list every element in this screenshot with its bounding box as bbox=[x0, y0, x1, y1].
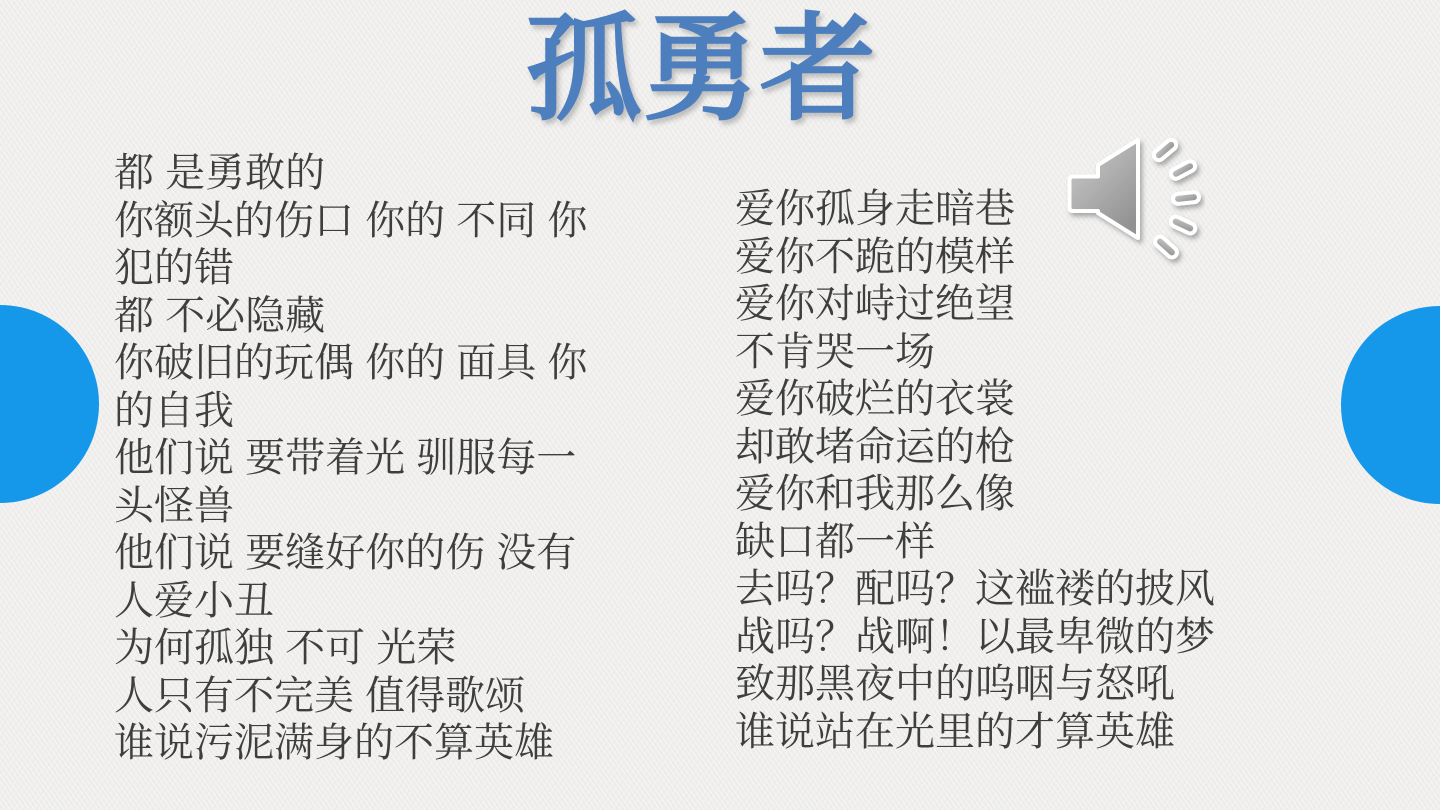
page-title: 孤勇者 bbox=[0, 6, 1402, 132]
lyric-line: 都 是勇敢的 bbox=[114, 150, 587, 198]
lyric-line: 他们说 要缝好你的伤 没有 bbox=[114, 530, 587, 578]
lyric-line: 致那黑夜中的呜咽与怒吼 bbox=[735, 661, 1215, 709]
lyric-line: 为何孤独 不可 光荣 bbox=[114, 625, 587, 673]
lyric-line: 去吗？配吗？这褴褛的披风 bbox=[735, 566, 1215, 614]
sound-dash-4 bbox=[1169, 215, 1197, 235]
lyric-line: 头怪兽 bbox=[114, 483, 587, 531]
lyric-line: 谁说污泥满身的不算英雄 bbox=[114, 720, 587, 768]
lyric-line: 你额头的伤口 你的 不同 你 bbox=[114, 198, 587, 246]
lyric-line: 你破旧的玩偶 你的 面具 你 bbox=[114, 340, 587, 388]
sound-dash-3 bbox=[1173, 192, 1200, 205]
decorative-circle-left bbox=[0, 305, 99, 503]
speaker-icon[interactable] bbox=[1055, 128, 1205, 268]
lyric-line: 他们说 要带着光 驯服每一 bbox=[114, 435, 587, 483]
lyric-line: 人只有不完美 值得歌颂 bbox=[114, 673, 587, 721]
lyrics-column-right: 爱你孤身走暗巷爱你不跪的模样爱你对峙过绝望不肯哭一场爱你破烂的衣裳却敢堵命运的枪… bbox=[735, 186, 1215, 756]
lyric-line: 爱你和我那么像 bbox=[735, 471, 1215, 519]
lyric-line: 都 不必隐藏 bbox=[114, 293, 587, 341]
lyric-line: 爱你对峙过绝望 bbox=[735, 281, 1215, 329]
lyric-line: 不肯哭一场 bbox=[735, 329, 1215, 377]
sound-dash-5 bbox=[1153, 235, 1179, 260]
decorative-circle-right bbox=[1341, 306, 1440, 504]
speaker-horn bbox=[1070, 140, 1139, 238]
lyric-line: 的自我 bbox=[114, 388, 587, 436]
lyrics-column-left: 都 是勇敢的你额头的伤口 你的 不同 你犯的错都 不必隐藏你破旧的玩偶 你的 面… bbox=[114, 150, 587, 768]
lyric-line: 谁说站在光里的才算英雄 bbox=[735, 709, 1215, 757]
slide-canvas: 孤勇者 都 是勇敢的你额头的伤口 你的 不同 你犯的错都 不必隐藏你破旧的玩偶 … bbox=[0, 0, 1440, 810]
lyric-line: 犯的错 bbox=[114, 245, 587, 293]
speaker-icon-graphic bbox=[1055, 128, 1205, 268]
lyric-line: 人爱小丑 bbox=[114, 578, 587, 626]
lyric-line: 却敢堵命运的枪 bbox=[735, 424, 1215, 472]
lyric-line: 爱你破烂的衣裳 bbox=[735, 376, 1215, 424]
lyric-line: 缺口都一样 bbox=[735, 519, 1215, 567]
lyric-line: 战吗？战啊！以最卑微的梦 bbox=[735, 614, 1215, 662]
sound-dash-2 bbox=[1169, 159, 1197, 180]
sound-dash-1 bbox=[1152, 138, 1178, 162]
